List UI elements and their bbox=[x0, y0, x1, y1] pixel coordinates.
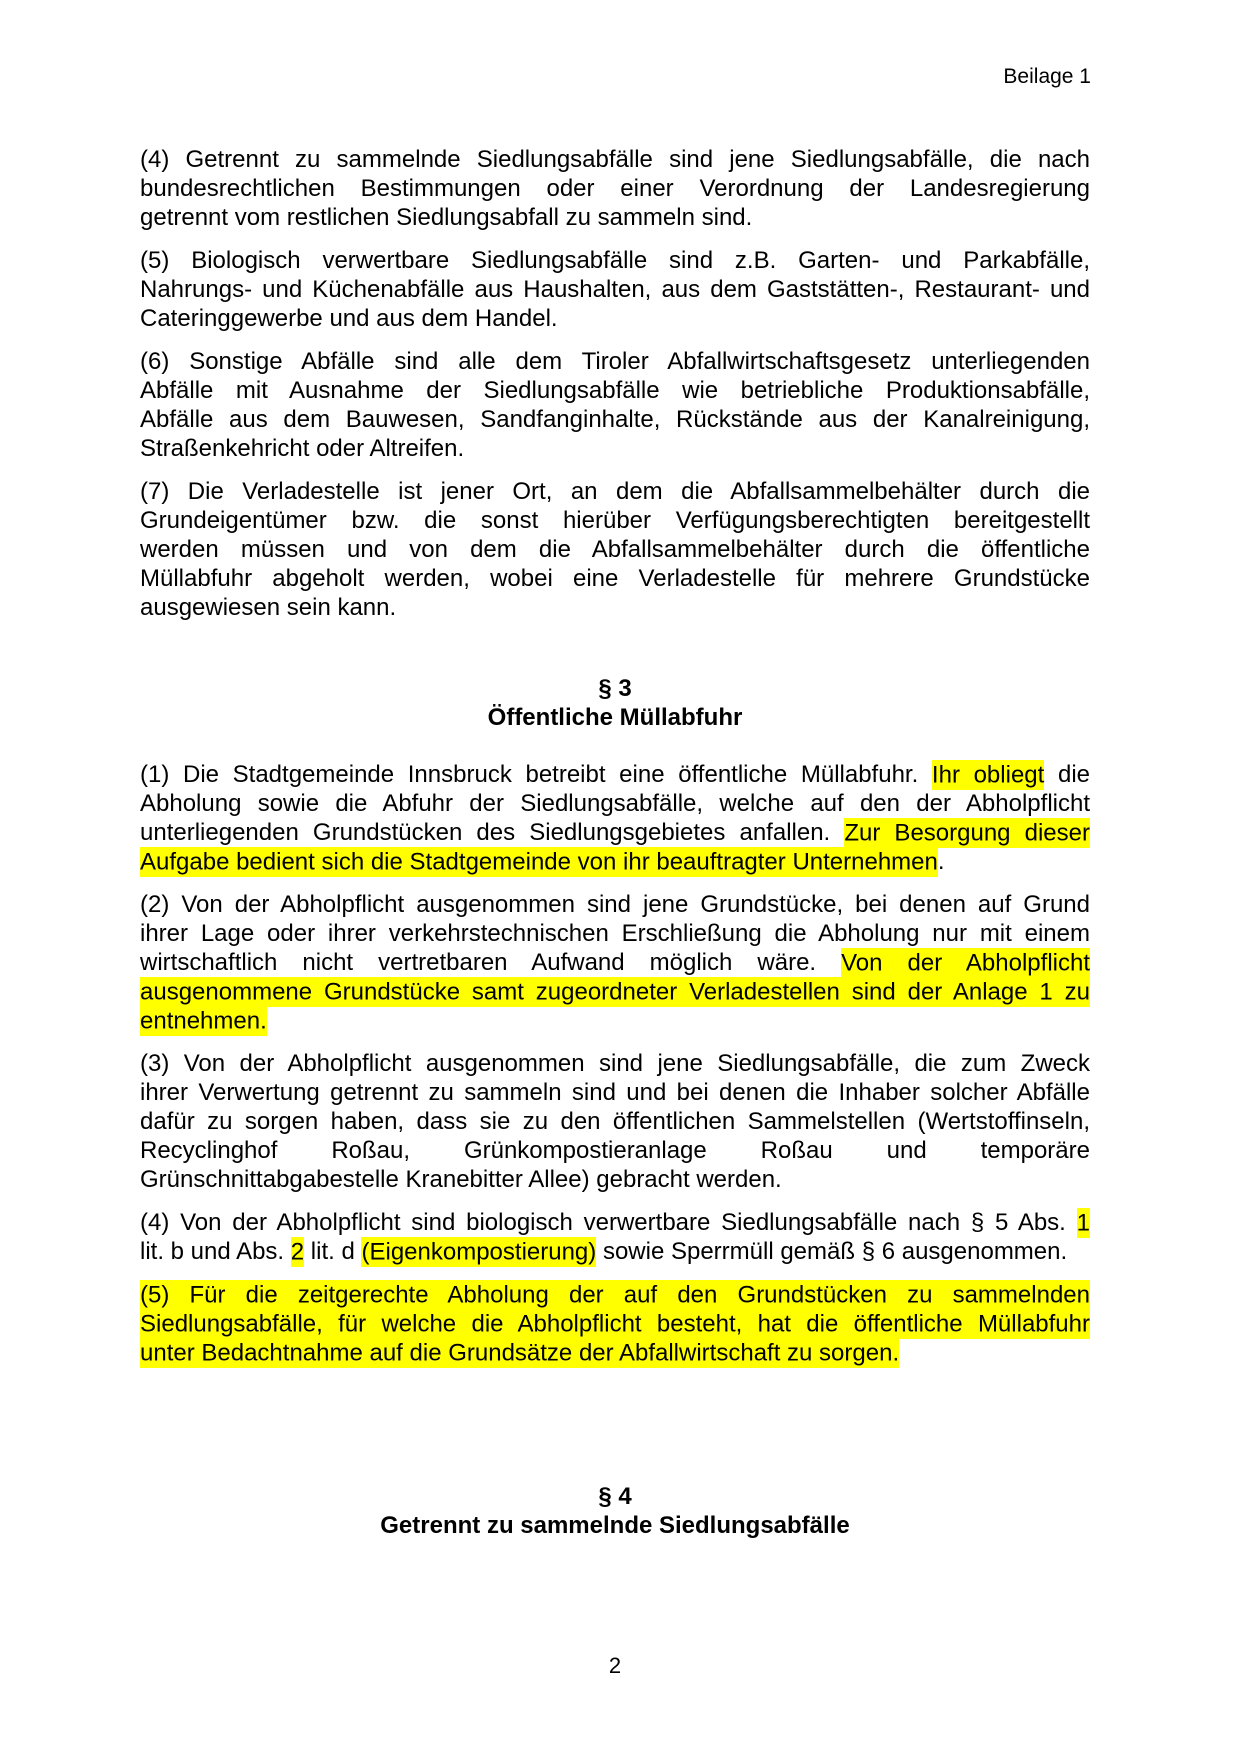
paragraph: (1) Die Stadtgemeinde Innsbruck betreibt… bbox=[140, 760, 1090, 876]
text-line: ihrer Verwertung getrennt zu sammeln sin… bbox=[140, 1078, 1090, 1107]
text-segment: (3) Von der Abholpflicht ausgenommen sin… bbox=[140, 1050, 1090, 1077]
highlighted-text: Aufgabe bedient sich die Stadtgemeinde v… bbox=[140, 847, 938, 877]
text-segment: ausgewiesen sein kann. bbox=[140, 594, 396, 621]
text-segment: sowie Sperrmüll gemäß § 6 ausgenommen. bbox=[596, 1238, 1067, 1265]
paragraph: (4) Getrennt zu sammelnde Siedlungsabfäl… bbox=[140, 145, 1090, 232]
paragraph: (5) Biologisch verwertbare Siedlungsabfä… bbox=[140, 246, 1090, 333]
highlighted-text: ausgenommene Grundstücke samt zugeordnet… bbox=[140, 977, 1090, 1007]
text-line: (7) Die Verladestelle ist jener Ort, an … bbox=[140, 477, 1090, 506]
text-line: (2) Von der Abholpflicht ausgenommen sin… bbox=[140, 890, 1090, 919]
text-line: (4) Von der Abholpflicht sind biologisch… bbox=[140, 1208, 1090, 1237]
text-segment: die bbox=[1044, 761, 1090, 788]
text-segment: (1) Die Stadtgemeinde Innsbruck betreibt… bbox=[140, 761, 932, 788]
text-line: (1) Die Stadtgemeinde Innsbruck betreibt… bbox=[140, 760, 1090, 789]
section-number: § 4 bbox=[140, 1482, 1090, 1511]
highlighted-text: entnehmen. bbox=[140, 1006, 267, 1036]
text-segment: getrennt vom restlichen Siedlungsabfall … bbox=[140, 204, 752, 231]
section-title: Getrennt zu sammelnde Siedlungsabfälle bbox=[140, 1511, 1090, 1540]
paragraph: (5) Für die zeitgerechte Abholung der au… bbox=[140, 1280, 1090, 1367]
text-line: Siedlungsabfälle, für welche die Abholpf… bbox=[140, 1309, 1090, 1338]
highlighted-text: unter Bedachtnahme auf die Grundsätze de… bbox=[140, 1338, 899, 1368]
section-heading: § 3Öffentliche Müllabfuhr bbox=[140, 674, 1090, 732]
text-segment: ihrer Lage oder ihrer verkehrstechnische… bbox=[140, 920, 1090, 947]
text-line: Abholung sowie die Abfuhr der Siedlungsa… bbox=[140, 789, 1090, 818]
text-line: unterliegenden Grundstücken des Siedlung… bbox=[140, 818, 1090, 847]
highlighted-text: Zur Besorgung dieser bbox=[844, 818, 1090, 848]
header-attachment-label: Beilage 1 bbox=[1003, 64, 1091, 90]
paragraph: (2) Von der Abholpflicht ausgenommen sin… bbox=[140, 890, 1090, 1035]
text-segment: Straßenkehricht oder Altreifen. bbox=[140, 435, 464, 462]
text-line: ausgewiesen sein kann. bbox=[140, 593, 1090, 622]
text-line: Nahrungs- und Küchenabfälle aus Haushalt… bbox=[140, 275, 1090, 304]
text-segment: unterliegenden Grundstücken des Siedlung… bbox=[140, 819, 844, 846]
text-segment: lit. d bbox=[304, 1238, 361, 1265]
paragraph: (4) Von der Abholpflicht sind biologisch… bbox=[140, 1208, 1090, 1266]
text-line: Grünschnittabgabestelle Kranebitter Alle… bbox=[140, 1165, 1090, 1194]
text-segment: Cateringgewerbe und aus dem Handel. bbox=[140, 305, 558, 332]
text-line: (4) Getrennt zu sammelnde Siedlungsabfäl… bbox=[140, 145, 1090, 174]
section-title: Öffentliche Müllabfuhr bbox=[140, 703, 1090, 732]
text-line: wirtschaftlich nicht vertretbaren Aufwan… bbox=[140, 948, 1090, 977]
text-line: (6) Sonstige Abfälle sind alle dem Tirol… bbox=[140, 347, 1090, 376]
text-segment: (4) Getrennt zu sammelnde Siedlungsabfäl… bbox=[140, 146, 1090, 173]
document-page: Beilage 1 (4) Getrennt zu sammelnde Sied… bbox=[0, 0, 1241, 1754]
text-line: ausgenommene Grundstücke samt zugeordnet… bbox=[140, 977, 1090, 1006]
highlighted-text: Siedlungsabfälle, für welche die Abholpf… bbox=[140, 1309, 1090, 1339]
text-line: (5) Biologisch verwertbare Siedlungsabfä… bbox=[140, 246, 1090, 275]
highlighted-text: Ihr obliegt bbox=[932, 760, 1044, 790]
text-segment: (7) Die Verladestelle ist jener Ort, an … bbox=[140, 478, 1090, 505]
text-line: Grundeigentümer bzw. die sonst hierüber … bbox=[140, 506, 1090, 535]
text-line: (5) Für die zeitgerechte Abholung der au… bbox=[140, 1280, 1090, 1309]
text-line: Abfälle aus dem Bauwesen, Sandfanginhalt… bbox=[140, 405, 1090, 434]
paragraph: (7) Die Verladestelle ist jener Ort, an … bbox=[140, 477, 1090, 622]
text-segment: Recyclinghof Roßau, Grünkompostieranlage… bbox=[140, 1137, 1090, 1164]
text-line: Cateringgewerbe und aus dem Handel. bbox=[140, 304, 1090, 333]
text-line: Aufgabe bedient sich die Stadtgemeinde v… bbox=[140, 847, 1090, 876]
highlighted-text: (5) Für die zeitgerechte Abholung der au… bbox=[140, 1280, 1090, 1310]
text-segment: (4) Von der Abholpflicht sind biologisch… bbox=[140, 1209, 1077, 1236]
highlighted-text: Von der Abholpflicht bbox=[841, 948, 1090, 978]
text-line: entnehmen. bbox=[140, 1006, 1090, 1035]
text-line: Abfälle mit Ausnahme der Siedlungsabfäll… bbox=[140, 376, 1090, 405]
text-line: dafür zu sorgen haben, dass sie zu den ö… bbox=[140, 1107, 1090, 1136]
paragraph: (3) Von der Abholpflicht ausgenommen sin… bbox=[140, 1049, 1090, 1194]
text-segment: dafür zu sorgen haben, dass sie zu den ö… bbox=[140, 1108, 1090, 1135]
highlighted-text: 1 bbox=[1077, 1208, 1090, 1238]
text-segment: Abfälle mit Ausnahme der Siedlungsabfäll… bbox=[140, 377, 1090, 404]
section-heading: § 4Getrennt zu sammelnde Siedlungsabfäll… bbox=[140, 1482, 1090, 1540]
text-line: Müllabfuhr abgeholt werden, wobei eine V… bbox=[140, 564, 1090, 593]
text-line: werden müssen und von dem die Abfallsamm… bbox=[140, 535, 1090, 564]
text-segment: Müllabfuhr abgeholt werden, wobei eine V… bbox=[140, 565, 1090, 592]
page-number: 2 bbox=[140, 1653, 1090, 1679]
text-segment: bundesrechtlichen Bestimmungen oder eine… bbox=[140, 175, 1090, 202]
text-line: bundesrechtlichen Bestimmungen oder eine… bbox=[140, 174, 1090, 203]
text-line: Straßenkehricht oder Altreifen. bbox=[140, 434, 1090, 463]
text-line: Recyclinghof Roßau, Grünkompostieranlage… bbox=[140, 1136, 1090, 1165]
document-body: (4) Getrennt zu sammelnde Siedlungsabfäl… bbox=[140, 145, 1090, 1540]
text-segment: Abfälle aus dem Bauwesen, Sandfanginhalt… bbox=[140, 406, 1090, 433]
text-segment: lit. b und Abs. bbox=[140, 1238, 291, 1265]
text-line: getrennt vom restlichen Siedlungsabfall … bbox=[140, 203, 1090, 232]
text-segment: wirtschaftlich nicht vertretbaren Aufwan… bbox=[140, 949, 841, 976]
text-segment: Abholung sowie die Abfuhr der Siedlungsa… bbox=[140, 790, 1090, 817]
text-line: lit. b und Abs. 2 lit. d (Eigenkompostie… bbox=[140, 1237, 1090, 1266]
text-segment: (5) Biologisch verwertbare Siedlungsabfä… bbox=[140, 247, 1090, 274]
text-segment: . bbox=[938, 848, 945, 875]
text-segment: (2) Von der Abholpflicht ausgenommen sin… bbox=[140, 891, 1090, 918]
text-segment: Grünschnittabgabestelle Kranebitter Alle… bbox=[140, 1166, 782, 1193]
section-number: § 3 bbox=[140, 674, 1090, 703]
text-line: unter Bedachtnahme auf die Grundsätze de… bbox=[140, 1338, 1090, 1367]
text-segment: (6) Sonstige Abfälle sind alle dem Tirol… bbox=[140, 348, 1090, 375]
highlighted-text: 2 bbox=[291, 1237, 304, 1267]
highlighted-text: (Eigenkompostierung) bbox=[361, 1237, 596, 1267]
paragraph: (6) Sonstige Abfälle sind alle dem Tirol… bbox=[140, 347, 1090, 463]
text-line: (3) Von der Abholpflicht ausgenommen sin… bbox=[140, 1049, 1090, 1078]
text-segment: Grundeigentümer bzw. die sonst hierüber … bbox=[140, 507, 1090, 534]
text-line: ihrer Lage oder ihrer verkehrstechnische… bbox=[140, 919, 1090, 948]
text-segment: ihrer Verwertung getrennt zu sammeln sin… bbox=[140, 1079, 1090, 1106]
text-segment: Nahrungs- und Küchenabfälle aus Haushalt… bbox=[140, 276, 1090, 303]
text-segment: werden müssen und von dem die Abfallsamm… bbox=[140, 536, 1090, 563]
